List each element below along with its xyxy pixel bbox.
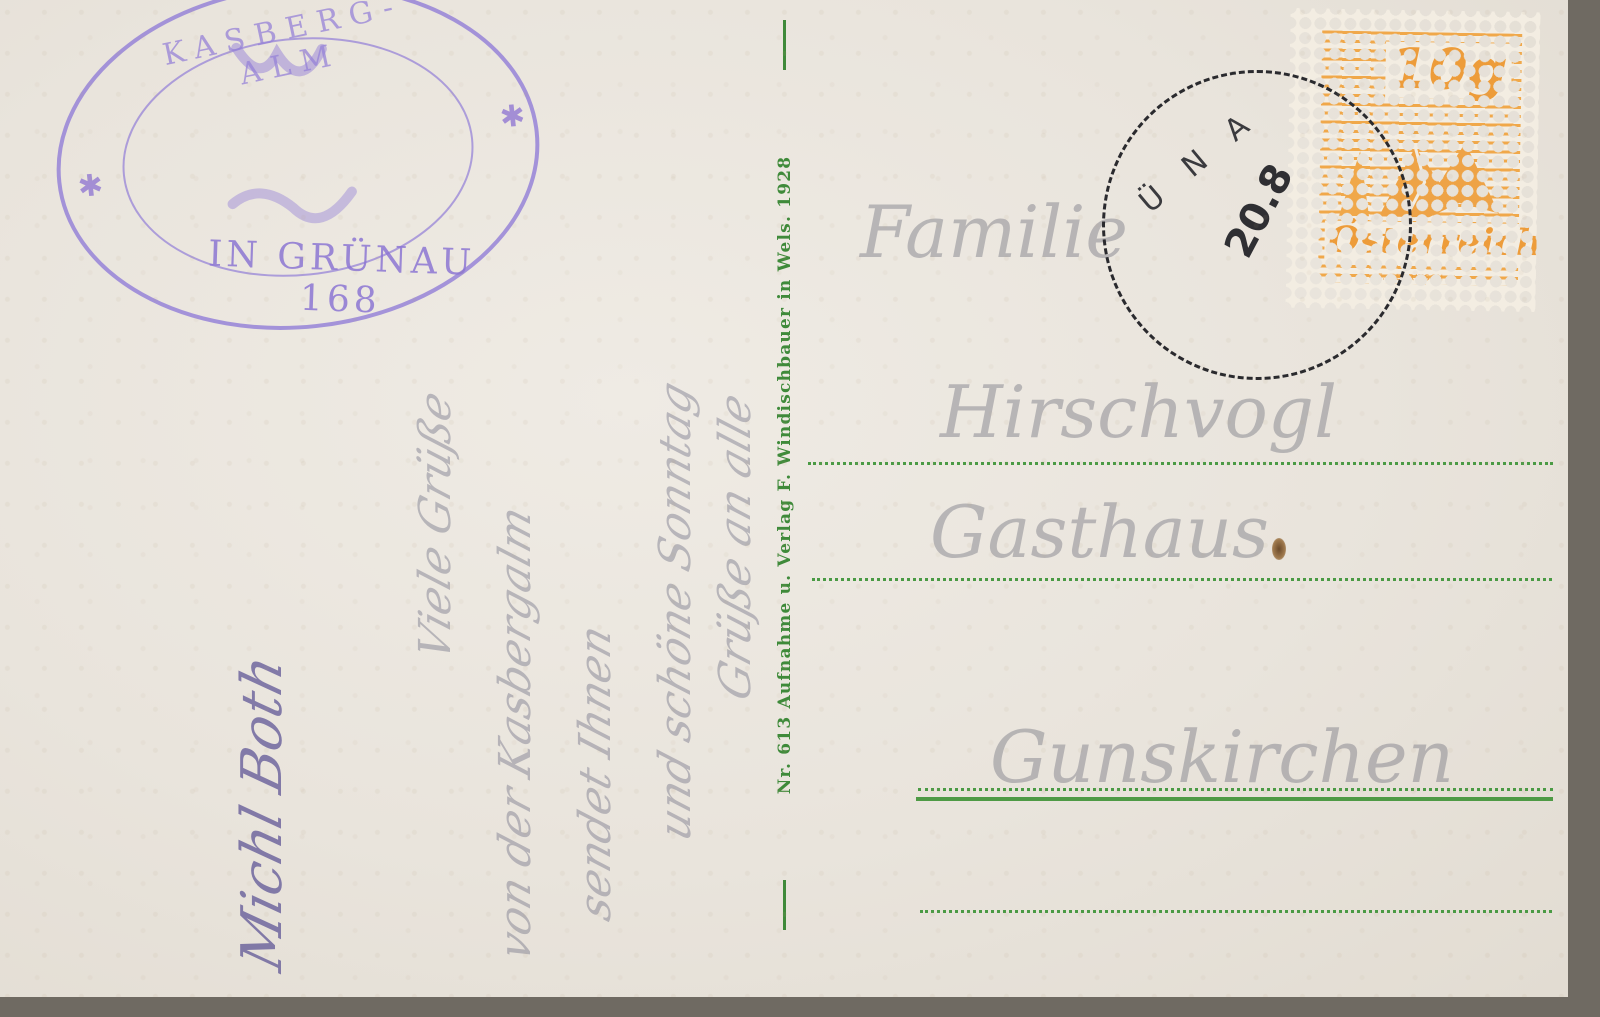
postmark-date: 20.8: [1216, 157, 1303, 266]
postmark: Ü N A 20.8: [1102, 70, 1412, 380]
address-recipient: Familie: [860, 190, 1128, 274]
address-name: Hirschvogl: [940, 370, 1337, 454]
publisher-imprint: Nr. 613 Aufnahme u. Verlag F. Windischba…: [770, 20, 800, 930]
imprint-text: Nr. 613 Aufnahme u. Verlag F. Windischba…: [775, 156, 795, 795]
stamp-value: 10g: [1385, 42, 1512, 100]
message-line: sendet Ihnen: [570, 619, 621, 927]
address-town: Gunskirchen: [990, 715, 1454, 799]
star-ornament-icon: ✱: [76, 168, 105, 205]
imprint-rule: [783, 880, 786, 930]
paper-stain: [1272, 538, 1286, 560]
message-line: von der Kasbergalm: [490, 500, 541, 967]
message-line: Viele Grüße: [410, 385, 461, 667]
message-line: Grüße an alle: [710, 387, 761, 706]
handwritten-message: Viele Grüße von der Kasbergalm sendet Ih…: [240, 90, 760, 990]
message-line: und schöne Sonntag: [650, 375, 701, 846]
address-line-2: [812, 578, 1552, 581]
address-line-1: [808, 462, 1553, 465]
address-line-4: [920, 910, 1552, 913]
signature: Michl Both: [230, 648, 295, 977]
address-business: Gasthaus: [930, 490, 1269, 574]
postcard: KASBERG-ALM IN GRÜNAU 168 ✱ ✱ Viele Grüß…: [0, 0, 1568, 997]
imprint-rule: [783, 20, 786, 70]
